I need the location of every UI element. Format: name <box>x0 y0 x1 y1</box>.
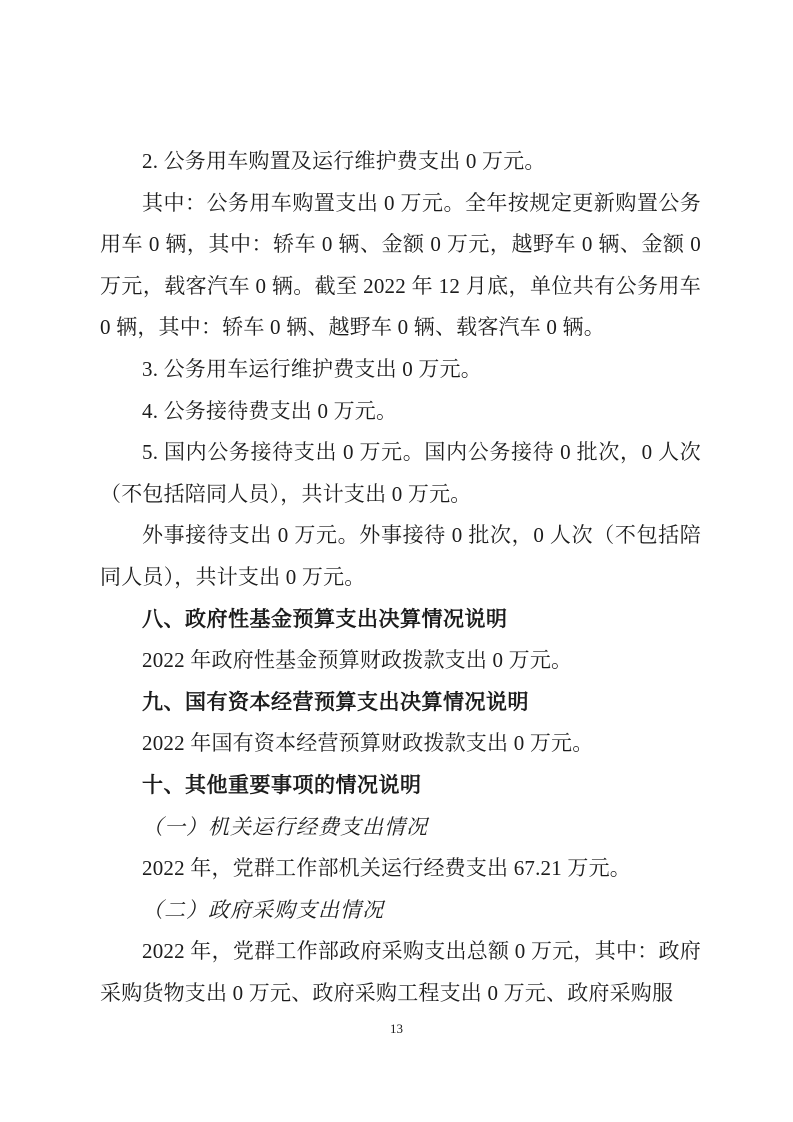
paragraph-vehicle-total: 2. 公务用车购置及运行维护费支出 0 万元。 <box>100 141 701 183</box>
paragraph-vehicle-maintenance: 3. 公务用车运行维护费支出 0 万元。 <box>100 349 701 391</box>
document-page: 2. 公务用车购置及运行维护费支出 0 万元。 其中：公务用车购置支出 0 万元… <box>0 0 793 1122</box>
paragraph-foreign-reception: 外事接待支出 0 万元。外事接待 0 批次，0 人次（不包括陪同人员），共计支出… <box>100 515 701 598</box>
paragraph-procurement: 2022 年，党群工作部政府采购支出总额 0 万元，其中：政府采购货物支出 0 … <box>100 931 701 1014</box>
section-heading-eight: 八、政府性基金预算支出决算情况说明 <box>100 599 701 641</box>
paragraph-government-fund: 2022 年政府性基金预算财政拨款支出 0 万元。 <box>100 640 701 682</box>
subsection-heading-procurement: （二）政府采购支出情况 <box>100 890 701 932</box>
paragraph-operating-funds: 2022 年，党群工作部机关运行经费支出 67.21 万元。 <box>100 848 701 890</box>
section-heading-nine: 九、国有资本经营预算支出决算情况说明 <box>100 682 701 724</box>
subsection-heading-operating-funds: （一）机关运行经费支出情况 <box>100 807 701 849</box>
section-heading-ten: 十、其他重要事项的情况说明 <box>100 765 701 807</box>
paragraph-domestic-reception: 5. 国内公务接待支出 0 万元。国内公务接待 0 批次，0 人次（不包括陪同人… <box>100 432 701 515</box>
document-body: 2. 公务用车购置及运行维护费支出 0 万元。 其中：公务用车购置支出 0 万元… <box>100 141 701 1014</box>
paragraph-reception-fee: 4. 公务接待费支出 0 万元。 <box>100 391 701 433</box>
page-number: 13 <box>0 1021 793 1037</box>
paragraph-vehicle-purchase-detail: 其中：公务用车购置支出 0 万元。全年按规定更新购置公务用车 0 辆，其中：轿车… <box>100 183 701 349</box>
paragraph-state-capital: 2022 年国有资本经营预算财政拨款支出 0 万元。 <box>100 723 701 765</box>
